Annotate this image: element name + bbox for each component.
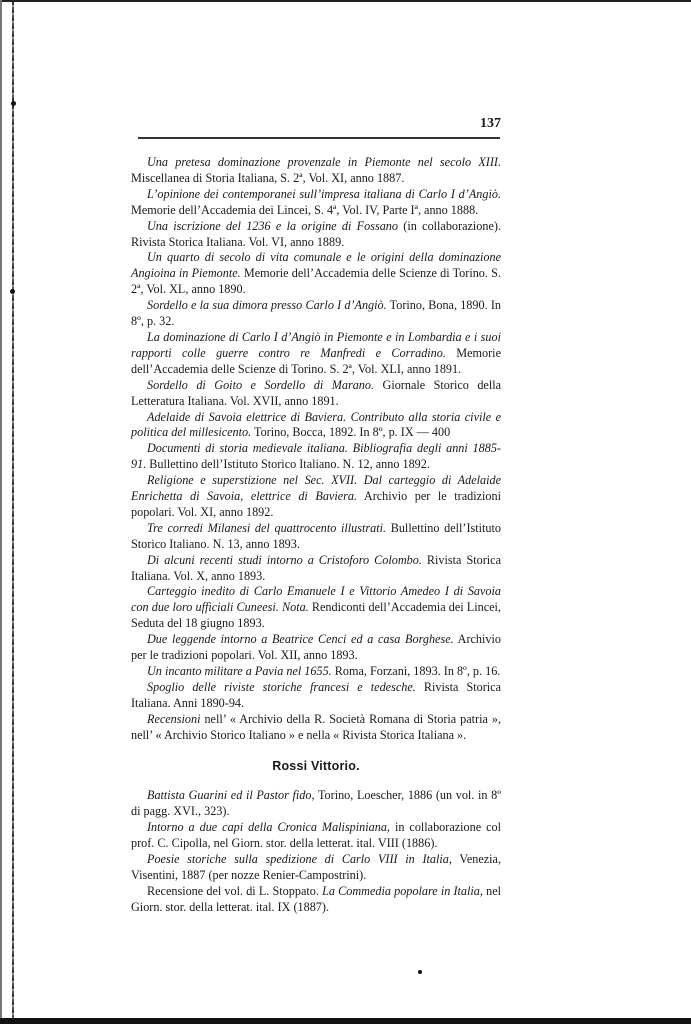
bibliography-entry: Recensione del vol. di L. Stoppato. La C…	[131, 884, 501, 916]
bibliography-entry: Due leggende intorno a Beatrice Cenci ed…	[131, 632, 501, 664]
bibliography-entry: Battista Guarini ed il Pastor fido, Tori…	[131, 788, 501, 820]
header-rule	[138, 137, 500, 139]
bibliography-entry: Spoglio delle riviste storiche francesi …	[131, 680, 501, 712]
ink-blot	[11, 101, 16, 106]
bibliography-entry: Un incanto militare a Pavia nel 1655. Ro…	[131, 664, 501, 680]
ink-blot	[10, 289, 15, 294]
bibliography-entry: Documenti di storia medievale italiana. …	[131, 441, 501, 473]
author-heading: Rossi Vittorio.	[131, 759, 501, 775]
scan-bottom-border	[0, 1018, 691, 1024]
bibliography-entry: Un quarto di secolo di vita comunale e l…	[131, 250, 501, 298]
scan-left-edge	[0, 0, 2, 1024]
page-number: 137	[480, 116, 501, 132]
scan-top-border	[0, 0, 691, 2]
bibliography-entry: La dominazione di Carlo I d’Angiò in Pie…	[131, 330, 501, 378]
bibliography-entry: Intorno a due capi della Cronica Malispi…	[131, 820, 501, 852]
bibliography-entry: Una iscrizione del 1236 e la origine di …	[131, 219, 501, 251]
bibliography-entry: Adelaide di Savoia elettrice di Baviera.…	[131, 410, 501, 442]
bibliography-entry: Carteggio inedito di Carlo Emanuele I e …	[131, 584, 501, 632]
bibliography-entry: Una pretesa dominazione provenzale in Pi…	[131, 155, 501, 187]
bibliography-entry: Di alcuni recenti studi intorno a Cristo…	[131, 553, 501, 585]
bibliography-text: Una pretesa dominazione provenzale in Pi…	[131, 155, 501, 916]
bibliography-entry: Tre corredi Milanesi del quattrocento il…	[131, 521, 501, 553]
bibliography-entry: Sordello e la sua dimora presso Carlo I …	[131, 298, 501, 330]
bibliography-entry: Recensioni nell’ « Archivio della R. Soc…	[131, 712, 501, 744]
bibliography-entry: Religione e superstizione nel Sec. XVII.…	[131, 473, 501, 521]
bibliography-entry: L’opinione dei contemporanei sull’impres…	[131, 187, 501, 219]
book-binding-edge	[12, 2, 14, 1020]
bibliography-entry: Poesie storiche sulla spedizione di Carl…	[131, 852, 501, 884]
bibliography-entry: Sordello di Goito e Sordello di Marano. …	[131, 378, 501, 410]
ink-speck	[418, 970, 422, 974]
